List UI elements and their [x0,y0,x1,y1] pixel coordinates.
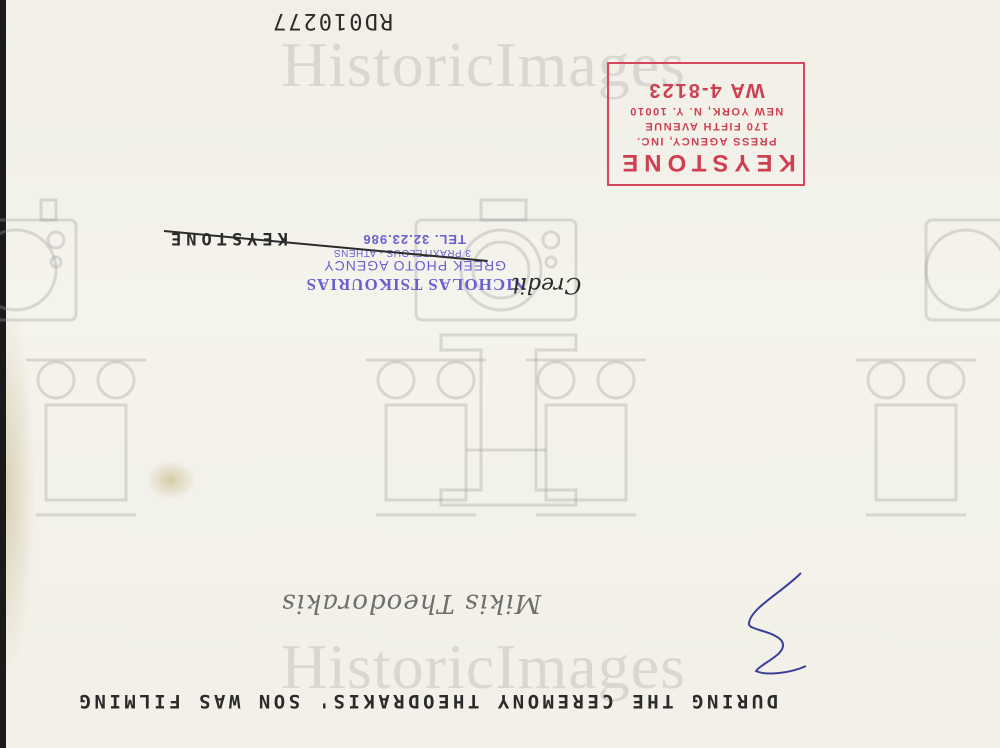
keystone-brand: KEYSTONE [616,148,796,176]
keystone-line1: PRESS AGENCY, INC. [636,133,777,148]
credit-label: Credit [511,272,581,297]
caption: DURING THE CEREMONY THEODRAKIS' SON WAS … [76,690,778,712]
pencil-note: Mikis Theodorakis [281,588,541,618]
keystone-phone: WA 4-8123 [647,78,764,101]
keystone-line3: NEW YORK, N. Y. 10010 [629,103,784,118]
greek-agency-stamp: NICHOLAS TSIKOURIAS GREEK PHOTO AGENCY 3… [286,232,526,302]
keystone-stamp: KEYSTONE PRESS AGENCY, INC. 170 FIFTH AV… [607,62,805,186]
pen-number-mark [741,568,811,683]
agency-owner-name: NICHOLAS TSIKOURIAS [306,274,526,294]
watermark-logo-icon [0,190,156,540]
credit-value: KEYSTONE [166,228,288,248]
caption-text: DURING THE CEREMONY THEODRAKIS' SON WAS … [76,690,778,712]
credit-value-text: KEYSTONE [166,228,288,248]
watermark-logo-icon [856,190,1000,540]
pencil-note-text: Mikis Theodorakis [281,588,541,618]
reference-number: RD010277 [271,8,393,33]
keystone-line2: 170 FIFTH AVENUE [644,118,768,133]
photo-back-paper: HistoricImages HistoricImages [6,0,1000,748]
agency-tel: TEL. 32.23.986 [362,232,466,247]
credit-label-text: Credit [511,272,581,297]
reference-number-text: RD010277 [271,8,393,33]
